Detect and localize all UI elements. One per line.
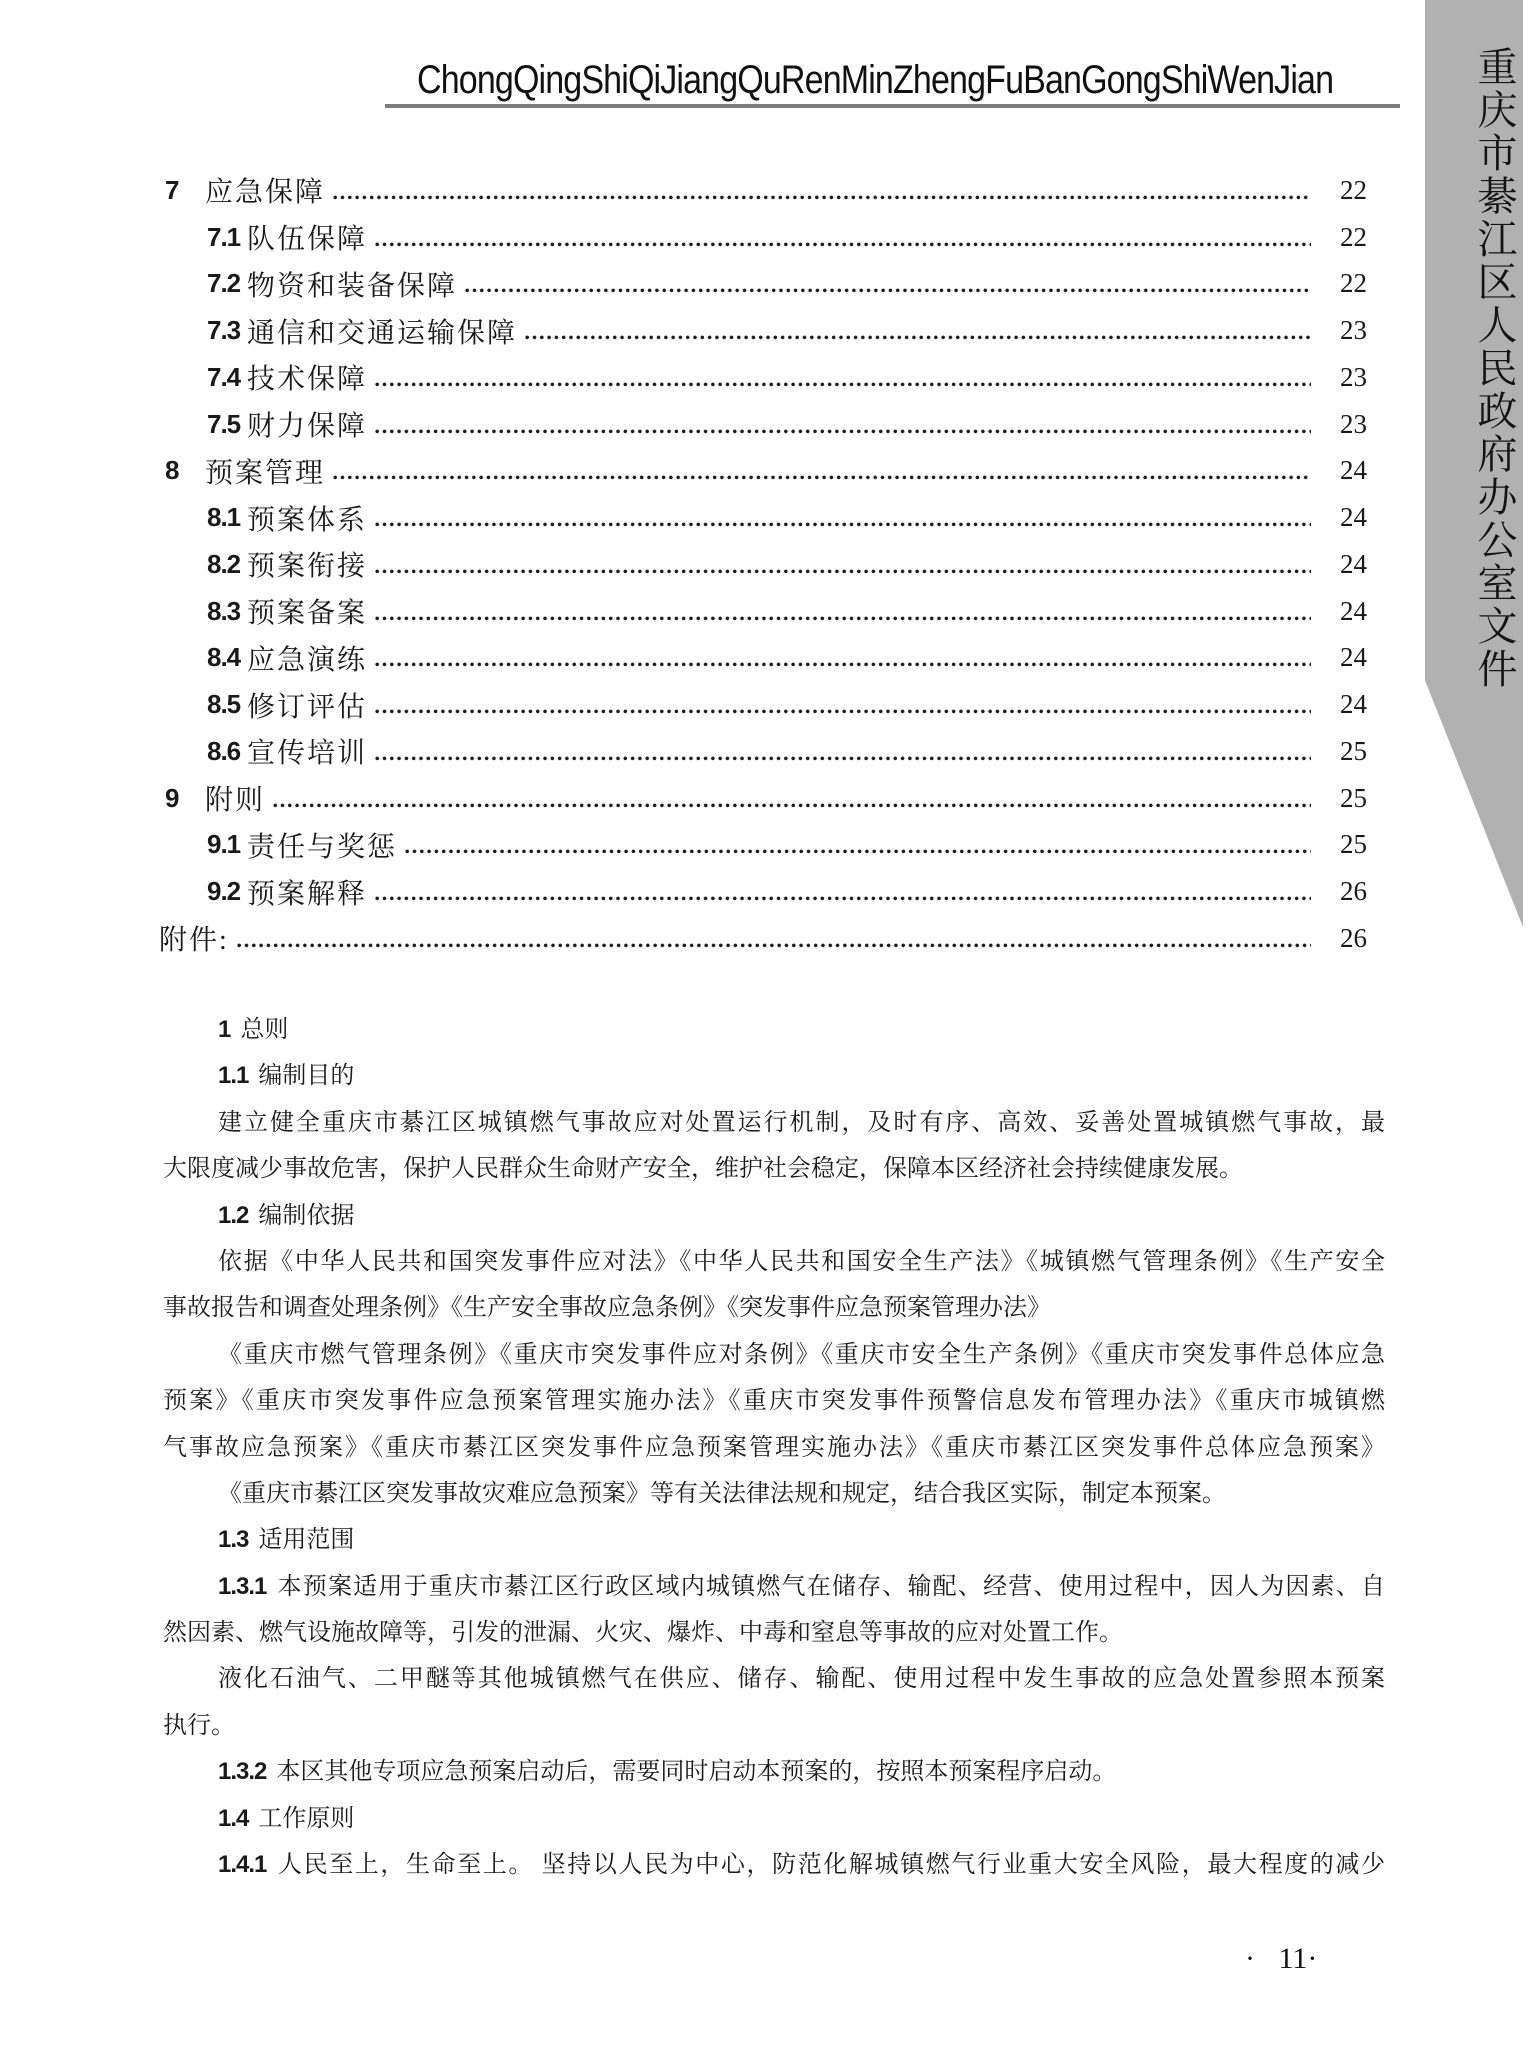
- body-line-text: 液化石油气、二甲醚等其他城镇燃气在供应、储存、输配、使用过程中发生事故的应急处置…: [218, 1666, 1385, 1692]
- toc-entry: 7.3通信和交通运输保障23: [165, 307, 1367, 354]
- body-line: 1.1编制目的: [163, 1053, 1385, 1099]
- toc-page-number: 24: [1323, 689, 1367, 720]
- document-page: ChongQingShiQiJiangQuRenMinZhengFuBanGon…: [0, 0, 1530, 2062]
- body-line-text: 建立健全重庆市綦江区城镇燃气事故应对处置运行机制，及时有序、高效、妥善处置城镇燃…: [218, 1110, 1385, 1136]
- toc-entry-title: 附件:: [159, 918, 229, 958]
- toc-page-number: 25: [1323, 736, 1367, 767]
- body-section-number: 1.4.1: [218, 1851, 266, 1878]
- toc-leader-dots: [375, 569, 1311, 574]
- body-line: 气事故应急预案》《重庆市綦江区突发事件应急预案管理实施办法》《重庆市綦江区突发事…: [163, 1425, 1385, 1471]
- toc-entry-title: 财力保障: [247, 404, 367, 444]
- toc-leader-dots: [465, 288, 1311, 293]
- body-line: 1.3.2本区其他专项应急预案启动后，需要同时启动本预案的，按照本预案程序启动。: [163, 1749, 1385, 1795]
- toc-page-number: 26: [1323, 876, 1367, 907]
- body-line: 建立健全重庆市綦江区城镇燃气事故应对处置运行机制，及时有序、高效、妥善处置城镇燃…: [163, 1100, 1385, 1146]
- body-line-text: 编制依据: [258, 1203, 354, 1229]
- toc-page-number: 24: [1323, 596, 1367, 627]
- body-line: 事故报告和调查处理条例》《生产安全事故应急条例》《突发事件应急预案管理办法》: [163, 1285, 1385, 1331]
- toc-entry: 8.1预案体系24: [165, 494, 1367, 541]
- document-type-ribbon: 重庆市綦江区人民政府办公室文件: [1425, 0, 1523, 927]
- toc-entry-title: 预案体系: [247, 498, 367, 538]
- body-line: 《重庆市燃气管理条例》《重庆市突发事件应对条例》《重庆市安全生产条例》《重庆市突…: [163, 1332, 1385, 1378]
- toc-entry: 8.4应急演练24: [165, 635, 1367, 682]
- toc-entry-title: 责任与奖惩: [247, 825, 397, 865]
- body-line: 1.4.1人民至上，生命至上。 坚持以人民为中心，防范化解城镇燃气行业重大安全风…: [163, 1842, 1385, 1888]
- toc-entry-number: 8.5: [207, 689, 247, 720]
- body-line: 依据《中华人民共和国突发事件应对法》《中华人民共和国安全生产法》《城镇燃气管理条…: [163, 1239, 1385, 1285]
- body-line-text: 《重庆市燃气管理条例》《重庆市突发事件应对条例》《重庆市安全生产条例》《重庆市突…: [218, 1342, 1385, 1368]
- toc-entry: 7应急保障22: [165, 167, 1367, 214]
- toc-page-number: 22: [1323, 175, 1367, 206]
- toc-entry-number: 8.3: [207, 596, 247, 627]
- body-line: 1.3适用范围: [163, 1517, 1385, 1563]
- toc-leader-dots: [333, 195, 1311, 200]
- body-line-text: 气事故应急预案》《重庆市綦江区突发事件应急预案管理实施办法》《重庆市綦江区突发事…: [163, 1435, 1385, 1461]
- toc-page-number: 22: [1323, 268, 1367, 299]
- toc-entry-number: 7.2: [207, 268, 247, 299]
- toc-entry-number: 8.4: [207, 642, 247, 673]
- footer-page-number: · 11·: [1245, 1942, 1317, 1976]
- body-line-text: 本区其他专项应急预案启动后，需要同时启动本预案的，按照本预案程序启动。: [276, 1759, 1116, 1785]
- toc-leader-dots: [405, 849, 1311, 854]
- toc-page-number: 24: [1323, 642, 1367, 673]
- body-line-text: 工作原则: [258, 1806, 354, 1832]
- toc-entry-title: 预案解释: [247, 872, 367, 912]
- toc-page-number: 25: [1323, 783, 1367, 814]
- toc-leader-dots: [375, 522, 1311, 527]
- toc-entry-title: 物资和装备保障: [247, 264, 457, 304]
- body-line: 预案》《重庆市突发事件应急预案管理实施办法》《重庆市突发事件预警信息发布管理办法…: [163, 1378, 1385, 1424]
- body-line-text: 然因素、燃气设施故障等，引发的泄漏、火灾、爆炸、中毒和窒息等事故的应对处置工作。: [163, 1620, 1123, 1646]
- toc-page-number: 23: [1323, 315, 1367, 346]
- toc-entry-number: 7.1: [207, 222, 247, 253]
- toc-leader-dots: [375, 242, 1311, 247]
- body-section-number: 1.4: [218, 1805, 248, 1832]
- toc-entry: 附件:26: [159, 915, 1367, 962]
- body-section-number: 1: [218, 1016, 230, 1043]
- body-line-text: 本预案适用于重庆市綦江区行政区域内城镇燃气在储存、输配、经营、使用过程中，因人为…: [276, 1574, 1385, 1600]
- toc-entry: 7.2物资和装备保障22: [165, 261, 1367, 308]
- body-line-text: 总则: [240, 1017, 288, 1043]
- toc-page-number: 25: [1323, 829, 1367, 860]
- toc-entry-number: 9.2: [207, 876, 247, 907]
- toc-entry-number: 8: [165, 455, 205, 486]
- body-line: 1总则: [163, 1007, 1385, 1053]
- body-line-text: 适用范围: [258, 1527, 354, 1553]
- table-of-contents: 7应急保障227.1队伍保障227.2物资和装备保障227.3通信和交通运输保障…: [165, 167, 1367, 962]
- toc-entry: 7.4技术保障23: [165, 354, 1367, 401]
- body-line-text: 依据《中华人民共和国突发事件应对法》《中华人民共和国安全生产法》《城镇燃气管理条…: [218, 1249, 1385, 1275]
- body-line-text: 编制目的: [258, 1063, 354, 1089]
- body-line: 1.4工作原则: [163, 1796, 1385, 1842]
- page-header-romanized-title: ChongQingShiQiJiangQuRenMinZhengFuBanGon…: [417, 56, 1333, 104]
- header-divider-line: [385, 104, 1400, 108]
- toc-leader-dots: [375, 756, 1311, 761]
- body-line: 1.3.1本预案适用于重庆市綦江区行政区域内城镇燃气在储存、输配、经营、使用过程…: [163, 1564, 1385, 1610]
- toc-entry-title: 应急保障: [205, 170, 325, 210]
- toc-entry: 8.6宣传培训25: [165, 728, 1367, 775]
- toc-entry: 8预案管理24: [165, 448, 1367, 495]
- toc-leader-dots: [375, 662, 1311, 667]
- body-line-text: 人民至上，生命至上。 坚持以人民为中心，防范化解城镇燃气行业重大安全风险，最大程…: [276, 1852, 1385, 1878]
- body-line: 执行。: [163, 1703, 1385, 1749]
- body-line: 大限度减少事故危害，保护人民群众生命财产安全，维护社会稳定，保障本区经济社会持续…: [163, 1146, 1385, 1192]
- toc-entry-number: 8.1: [207, 502, 247, 533]
- toc-leader-dots: [273, 803, 1311, 808]
- body-section-number: 1.3.2: [218, 1758, 266, 1785]
- body-section-number: 1.1: [218, 1062, 248, 1089]
- toc-leader-dots: [525, 335, 1311, 340]
- body-section-number: 1.2: [218, 1202, 248, 1229]
- toc-entry: 9.1责任与奖惩25: [165, 822, 1367, 869]
- body-line-text: 大限度减少事故危害，保护人民群众生命财产安全，维护社会稳定，保障本区经济社会持续…: [163, 1156, 1243, 1182]
- toc-page-number: 22: [1323, 222, 1367, 253]
- toc-entry-title: 预案管理: [205, 451, 325, 491]
- toc-leader-dots: [375, 382, 1311, 387]
- body-line-text: 预案》《重庆市突发事件应急预案管理实施办法》《重庆市突发事件预警信息发布管理办法…: [163, 1388, 1385, 1414]
- toc-entry: 8.5修订评估24: [165, 681, 1367, 728]
- toc-entry: 7.5财力保障23: [165, 401, 1367, 448]
- toc-leader-dots: [375, 896, 1311, 901]
- toc-page-number: 24: [1323, 549, 1367, 580]
- toc-entry: 7.1队伍保障22: [165, 214, 1367, 261]
- toc-page-number: 24: [1323, 502, 1367, 533]
- toc-entry-number: 9: [165, 783, 205, 814]
- toc-entry-title: 预案备案: [247, 591, 367, 631]
- body-section-number: 1.3.1: [218, 1573, 266, 1600]
- document-body: 1总则1.1编制目的建立健全重庆市綦江区城镇燃气事故应对处置运行机制，及时有序、…: [163, 1007, 1385, 1888]
- toc-page-number: 24: [1323, 455, 1367, 486]
- ribbon-vertical-title: 重庆市綦江区人民政府办公室文件: [1425, 46, 1523, 691]
- body-line-text: 《重庆市綦江区突发事故灾难应急预案》等有关法律法规和规定，结合我区实际，制定本预…: [218, 1481, 1226, 1507]
- toc-entry-number: 8.2: [207, 549, 247, 580]
- toc-entry-number: 9.1: [207, 829, 247, 860]
- toc-entry: 8.2预案衔接24: [165, 541, 1367, 588]
- toc-entry-number: 8.6: [207, 736, 247, 767]
- toc-entry-title: 附则: [205, 778, 265, 818]
- toc-entry-title: 技术保障: [247, 357, 367, 397]
- toc-entry-title: 应急演练: [247, 638, 367, 678]
- toc-entry-title: 预案衔接: [247, 544, 367, 584]
- toc-entry-number: 7.5: [207, 409, 247, 440]
- body-line: 1.2编制依据: [163, 1193, 1385, 1239]
- toc-leader-dots: [375, 429, 1311, 434]
- body-line-text: 执行。: [163, 1713, 235, 1739]
- toc-entry-title: 宣传培训: [247, 731, 367, 771]
- toc-entry-title: 队伍保障: [247, 217, 367, 257]
- toc-page-number: 23: [1323, 362, 1367, 393]
- toc-entry: 8.3预案备案24: [165, 588, 1367, 635]
- body-line: 《重庆市綦江区突发事故灾难应急预案》等有关法律法规和规定，结合我区实际，制定本预…: [163, 1471, 1385, 1517]
- toc-leader-dots: [375, 709, 1311, 714]
- toc-page-number: 23: [1323, 409, 1367, 440]
- toc-entry-number: 7.4: [207, 362, 247, 393]
- toc-leader-dots: [333, 475, 1311, 480]
- toc-entry: 9附则25: [165, 775, 1367, 822]
- body-section-number: 1.3: [218, 1526, 248, 1553]
- toc-entry-title: 修订评估: [247, 685, 367, 725]
- toc-entry-number: 7.3: [207, 315, 247, 346]
- body-line-text: 事故报告和调查处理条例》《生产安全事故应急条例》《突发事件应急预案管理办法》: [163, 1295, 1051, 1321]
- toc-leader-dots: [237, 943, 1311, 948]
- toc-leader-dots: [375, 616, 1311, 621]
- toc-entry-title: 通信和交通运输保障: [247, 311, 517, 351]
- toc-page-number: 26: [1323, 923, 1367, 954]
- toc-entry-number: 7: [165, 175, 205, 206]
- toc-entry: 9.2预案解释26: [165, 868, 1367, 915]
- body-line: 然因素、燃气设施故障等，引发的泄漏、火灾、爆炸、中毒和窒息等事故的应对处置工作。: [163, 1610, 1385, 1656]
- body-line: 液化石油气、二甲醚等其他城镇燃气在供应、储存、输配、使用过程中发生事故的应急处置…: [163, 1656, 1385, 1702]
